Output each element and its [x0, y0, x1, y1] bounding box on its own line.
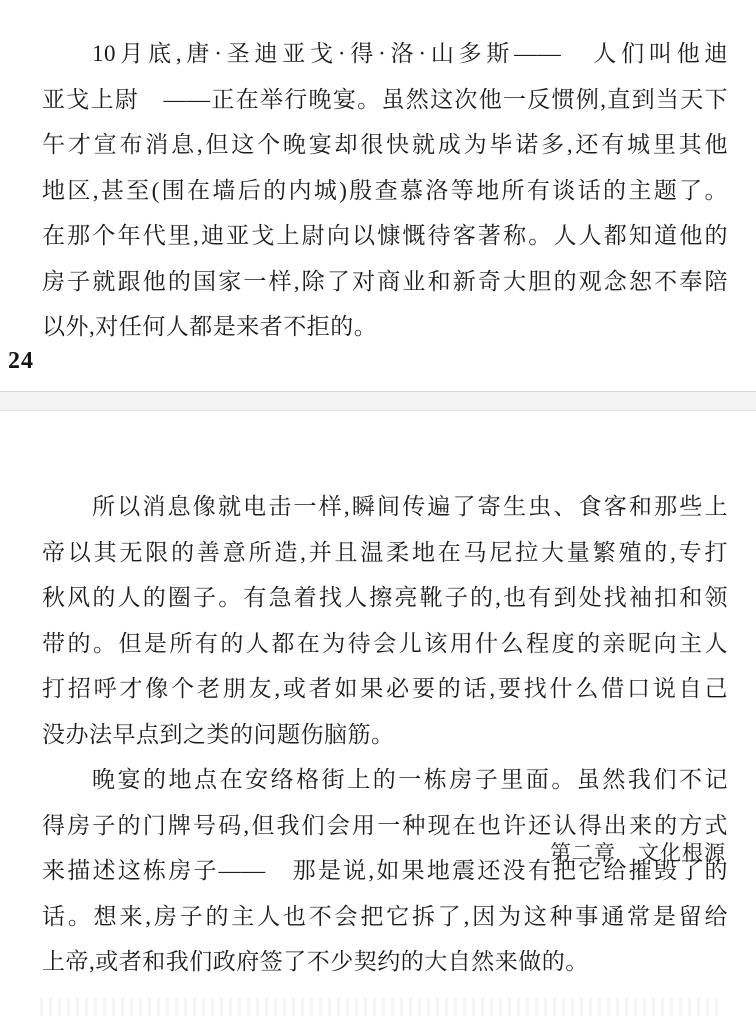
page-prev-fragment: 10月底,唐·圣迪亚戈·得·洛·山多斯—— 人们叫他迪 亚戈上尉 ——正在举行晚…	[0, 0, 756, 391]
text-line: 打招呼才像个老朋友,或者如果必要的话,要找什么借口说自己	[42, 666, 728, 712]
text-line: 话。想来,房子的主人也不会把它拆了,因为这种事通常是留给	[42, 894, 728, 940]
text-line: 以外,对任何人都是来者不拒的。	[42, 304, 728, 350]
text-line: 10月底,唐·圣迪亚戈·得·洛·山多斯—— 人们叫他迪	[42, 31, 728, 77]
text-line: 在那个年代里,迪亚戈上尉向以慷慨待客著称。人人都知道他的	[42, 213, 728, 259]
text-line: 晚宴的地点在安络格街上的一栋房子里面。虽然我们不记	[42, 757, 728, 803]
text-line: 亚戈上尉 ——正在举行晚宴。虽然这次他一反惯例,直到当天下	[42, 77, 728, 123]
scanned-book-page-view: { "document": { "page_prev": { "page_num…	[0, 0, 756, 1024]
text-line: 所以消息像就电击一样,瞬间传遍了寄生虫、食客和那些上	[42, 484, 728, 530]
text-line: 带的。但是所有的人都在为待会儿该用什么程度的亲昵向主人	[42, 621, 728, 667]
page-next-body: 所以消息像就电击一样,瞬间传遍了寄生虫、食客和那些上 帝以其无限的善意所造,并且…	[42, 484, 728, 985]
faded-scan-artifact	[40, 998, 720, 1016]
text-line: 来描述这栋房子—— 那是说,如果地震还没有把它给摧毁了的	[42, 848, 728, 894]
text-line: 帝以其无限的善意所造,并且温柔地在马尼拉大量繁殖的,专打	[42, 530, 728, 576]
page-gap-divider	[0, 391, 756, 411]
text-line: 秋风的人的圈子。有急着找人擦亮靴子的,也有到处找袖扣和领	[42, 575, 728, 621]
text-line: 得房子的门牌号码,但我们会用一种现在也许还认得出来的方式	[42, 803, 728, 849]
text-line: 午才宣布消息,但这个晚宴却很快就成为毕诺多,还有城里其他	[42, 122, 728, 168]
page-prev-paragraph: 10月底,唐·圣迪亚戈·得·洛·山多斯—— 人们叫他迪 亚戈上尉 ——正在举行晚…	[42, 31, 728, 350]
text-line: 上帝,或者和我们政府签了不少契约的大自然来做的。	[42, 939, 728, 985]
text-line: 地区,甚至(围在墙后的内城)殷查慕洛等地所有谈话的主题了。	[42, 168, 728, 214]
text-line: 房子就跟他的国家一样,除了对商业和新奇大胆的观念恕不奉陪	[42, 259, 728, 305]
page-number: 24	[8, 348, 34, 375]
text-line: 没办法早点到之类的问题伤脑筋。	[42, 712, 728, 758]
